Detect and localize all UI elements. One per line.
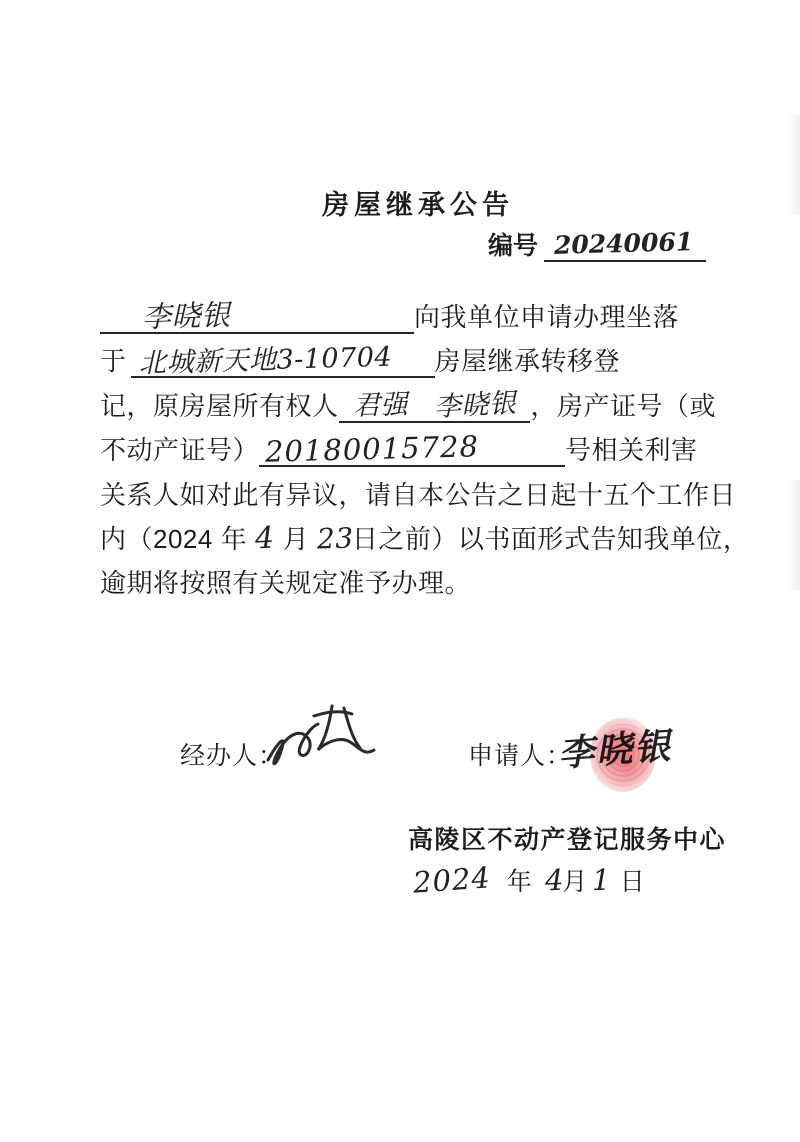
body-line-6-part1: 内（2024 年 [100, 522, 247, 556]
day-label: 日 [620, 862, 646, 898]
body-line-2-prefix: 于 [100, 344, 127, 378]
applicant-label: 申请人： [468, 736, 572, 772]
org-name: 高陵区不动产登记服务中心 [408, 820, 726, 856]
body-line-5-text: 关系人如对此有异议，请自本公告之日起十五个工作日 [100, 478, 736, 512]
body-line-2: 于 北城新天地3-10704 房屋继承转移登 [100, 344, 716, 378]
applicant-signature-handwritten: 李晓银 [556, 718, 673, 777]
body-line-3: 记，原房屋所有权人 君强李晓银 ，房产证号（或 [100, 389, 716, 423]
month-label: 月 [562, 862, 588, 898]
body-line-1-text: 向我单位申请办理坐落 [414, 300, 679, 334]
deadline-day-handwritten: 23 [317, 522, 355, 557]
original-owner-1-handwritten: 君强 [352, 390, 408, 421]
body-line-7-text: 逾期将按照有关规定准予办理。 [100, 566, 471, 600]
document-title: 房屋继承公告 [18, 183, 800, 222]
body-line-6-part3: 日之前）以书面形式告知我单位， [352, 522, 750, 556]
body-line-6-month-label: 月 [283, 522, 310, 556]
date-month-handwritten: 4 [544, 863, 565, 898]
original-owners-underline: 君强李晓银 [339, 390, 531, 423]
body-line-3-suffix: ，房产证号（或 [530, 389, 716, 423]
property-address-handwritten: 北城新天地3-10704 [138, 343, 392, 380]
number-value-handwritten: 20240061 [554, 227, 694, 260]
applicant-name-underline: 李晓银 [100, 301, 414, 334]
scan-artifact-smudge [787, 480, 800, 590]
handler-signature-scribble [256, 698, 406, 778]
body-line-7: 逾期将按照有关规定准予办理。 [100, 566, 716, 600]
body-line-4-suffix: 号相关利害 [565, 433, 698, 467]
number-underline: 20240061 [544, 229, 706, 262]
original-owner-2-handwritten: 李晓银 [433, 389, 517, 423]
number-label: 编号 [488, 226, 538, 262]
body-line-3-prefix: 记，原房屋所有权人 [100, 389, 339, 423]
document-number-row: 编号 20240061 [488, 226, 706, 262]
body-line-1: 李晓银 向我单位申请办理坐落 [100, 300, 716, 334]
property-address-underline: 北城新天地3-10704 [131, 345, 435, 378]
date-line: 2024 年 4 月 1 日 [413, 862, 646, 898]
certificate-number-handwritten: 20180015728 [265, 431, 480, 467]
certificate-number-underline: 20180015728 [259, 434, 565, 467]
year-label: 年 [507, 862, 533, 898]
body-line-4: 不动产证号） 20180015728 号相关利害 [100, 433, 716, 467]
deadline-month-handwritten: 4 [254, 522, 275, 557]
body-line-4-prefix: 不动产证号） [100, 433, 259, 467]
body-line-6: 内（2024 年 4 月 23 日之前）以书面形式告知我单位， [100, 522, 716, 556]
body-line-5: 关系人如对此有异议，请自本公告之日起十五个工作日 [100, 478, 716, 512]
applicant-name-handwritten: 李晓银 [142, 300, 231, 332]
applicant-signature-block: 李晓银 [558, 716, 688, 792]
date-year-handwritten: 2024 [412, 860, 492, 899]
scanned-document-page: 房屋继承公告 编号 20240061 李晓银 向我单位申请办理坐落 于 北城新天… [0, 0, 800, 1142]
date-day-handwritten: 1 [592, 863, 612, 897]
body-line-2-suffix: 房屋继承转移登 [435, 344, 621, 378]
